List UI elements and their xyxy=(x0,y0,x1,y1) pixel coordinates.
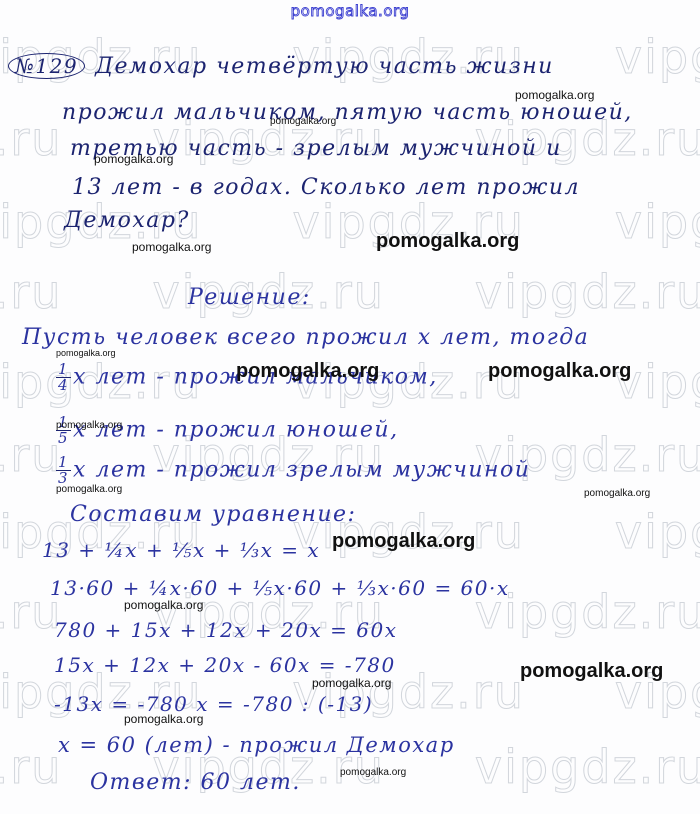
overlay-watermark: pomogalka.org xyxy=(332,530,475,553)
watermark-row: vipgdz.ruvipgdz.ruvipgdz.ruvipgdz.ru xyxy=(0,265,700,319)
overlay-watermark: pomogalka.org xyxy=(56,420,122,431)
problem-line-1: №129Демохар четвёртую часть жизни xyxy=(8,53,554,79)
equation-4: 15x + 12x + 20x - 60x = -780 xyxy=(54,653,396,677)
overlay-watermark: pomogalka.org xyxy=(94,152,173,166)
overlay-watermark: pomogalka.org xyxy=(520,660,663,683)
equation-1: 13 + ¼x + ⅕x + ⅓x = x xyxy=(42,538,320,562)
overlay-watermark: pomogalka.org xyxy=(270,116,336,127)
equation-5: -13x = -780 x = -780 : (-13) xyxy=(54,692,373,716)
overlay-watermark: pomogalka.org xyxy=(312,676,391,690)
equation-6: x = 60 (лет) - прожил Демохар xyxy=(58,733,455,757)
overlay-watermark: pomogalka.org xyxy=(124,598,203,612)
homework-page: vipgdz.ruvipgdz.ruvipgdz.ruvipgdz.ru vip… xyxy=(0,0,700,814)
overlay-watermark: pomogalka.org xyxy=(56,348,116,358)
equation-3: 780 + 15x + 12x + 20x = 60x xyxy=(54,618,397,642)
problem-line-4: 13 лет - в годах. Сколько лет прожил xyxy=(72,175,580,200)
overlay-watermark: pomogalka.org xyxy=(488,360,631,383)
solution-intro: Пусть человек всего прожил x лет, тогда xyxy=(22,325,589,350)
overlay-watermark: pomogalka.org xyxy=(340,767,406,778)
problem-line-5: Демохар? xyxy=(64,208,190,233)
overlay-watermark: pomogalka.org xyxy=(56,484,122,495)
compose-equation-label: Составим уравнение: xyxy=(70,502,356,527)
overlay-watermark: pomogalka.org xyxy=(236,360,379,383)
problem-number: №129 xyxy=(8,53,85,79)
answer: Ответ: 60 лет. xyxy=(90,770,301,795)
overlay-watermark: pomogalka.org xyxy=(124,712,203,726)
site-header-watermark: pomogalka.org xyxy=(0,2,700,20)
overlay-watermark: pomogalka.org xyxy=(132,240,211,254)
fraction: 14 xyxy=(56,362,71,393)
overlay-watermark: pomogalka.org xyxy=(515,88,594,102)
overlay-watermark: pomogalka.org xyxy=(584,488,650,499)
fraction: 13 xyxy=(56,455,71,486)
equation-2: 13·60 + ¼x·60 + ⅕x·60 + ⅓x·60 = 60·x xyxy=(50,576,510,600)
problem-line-2: прожил мальчиком, пятую часть юношей, xyxy=(62,100,633,125)
part-adult: 13x лет - прожил зрелым мужчиной xyxy=(54,455,530,486)
solution-heading: Решение: xyxy=(188,285,311,310)
overlay-watermark: pomogalka.org xyxy=(376,230,519,253)
